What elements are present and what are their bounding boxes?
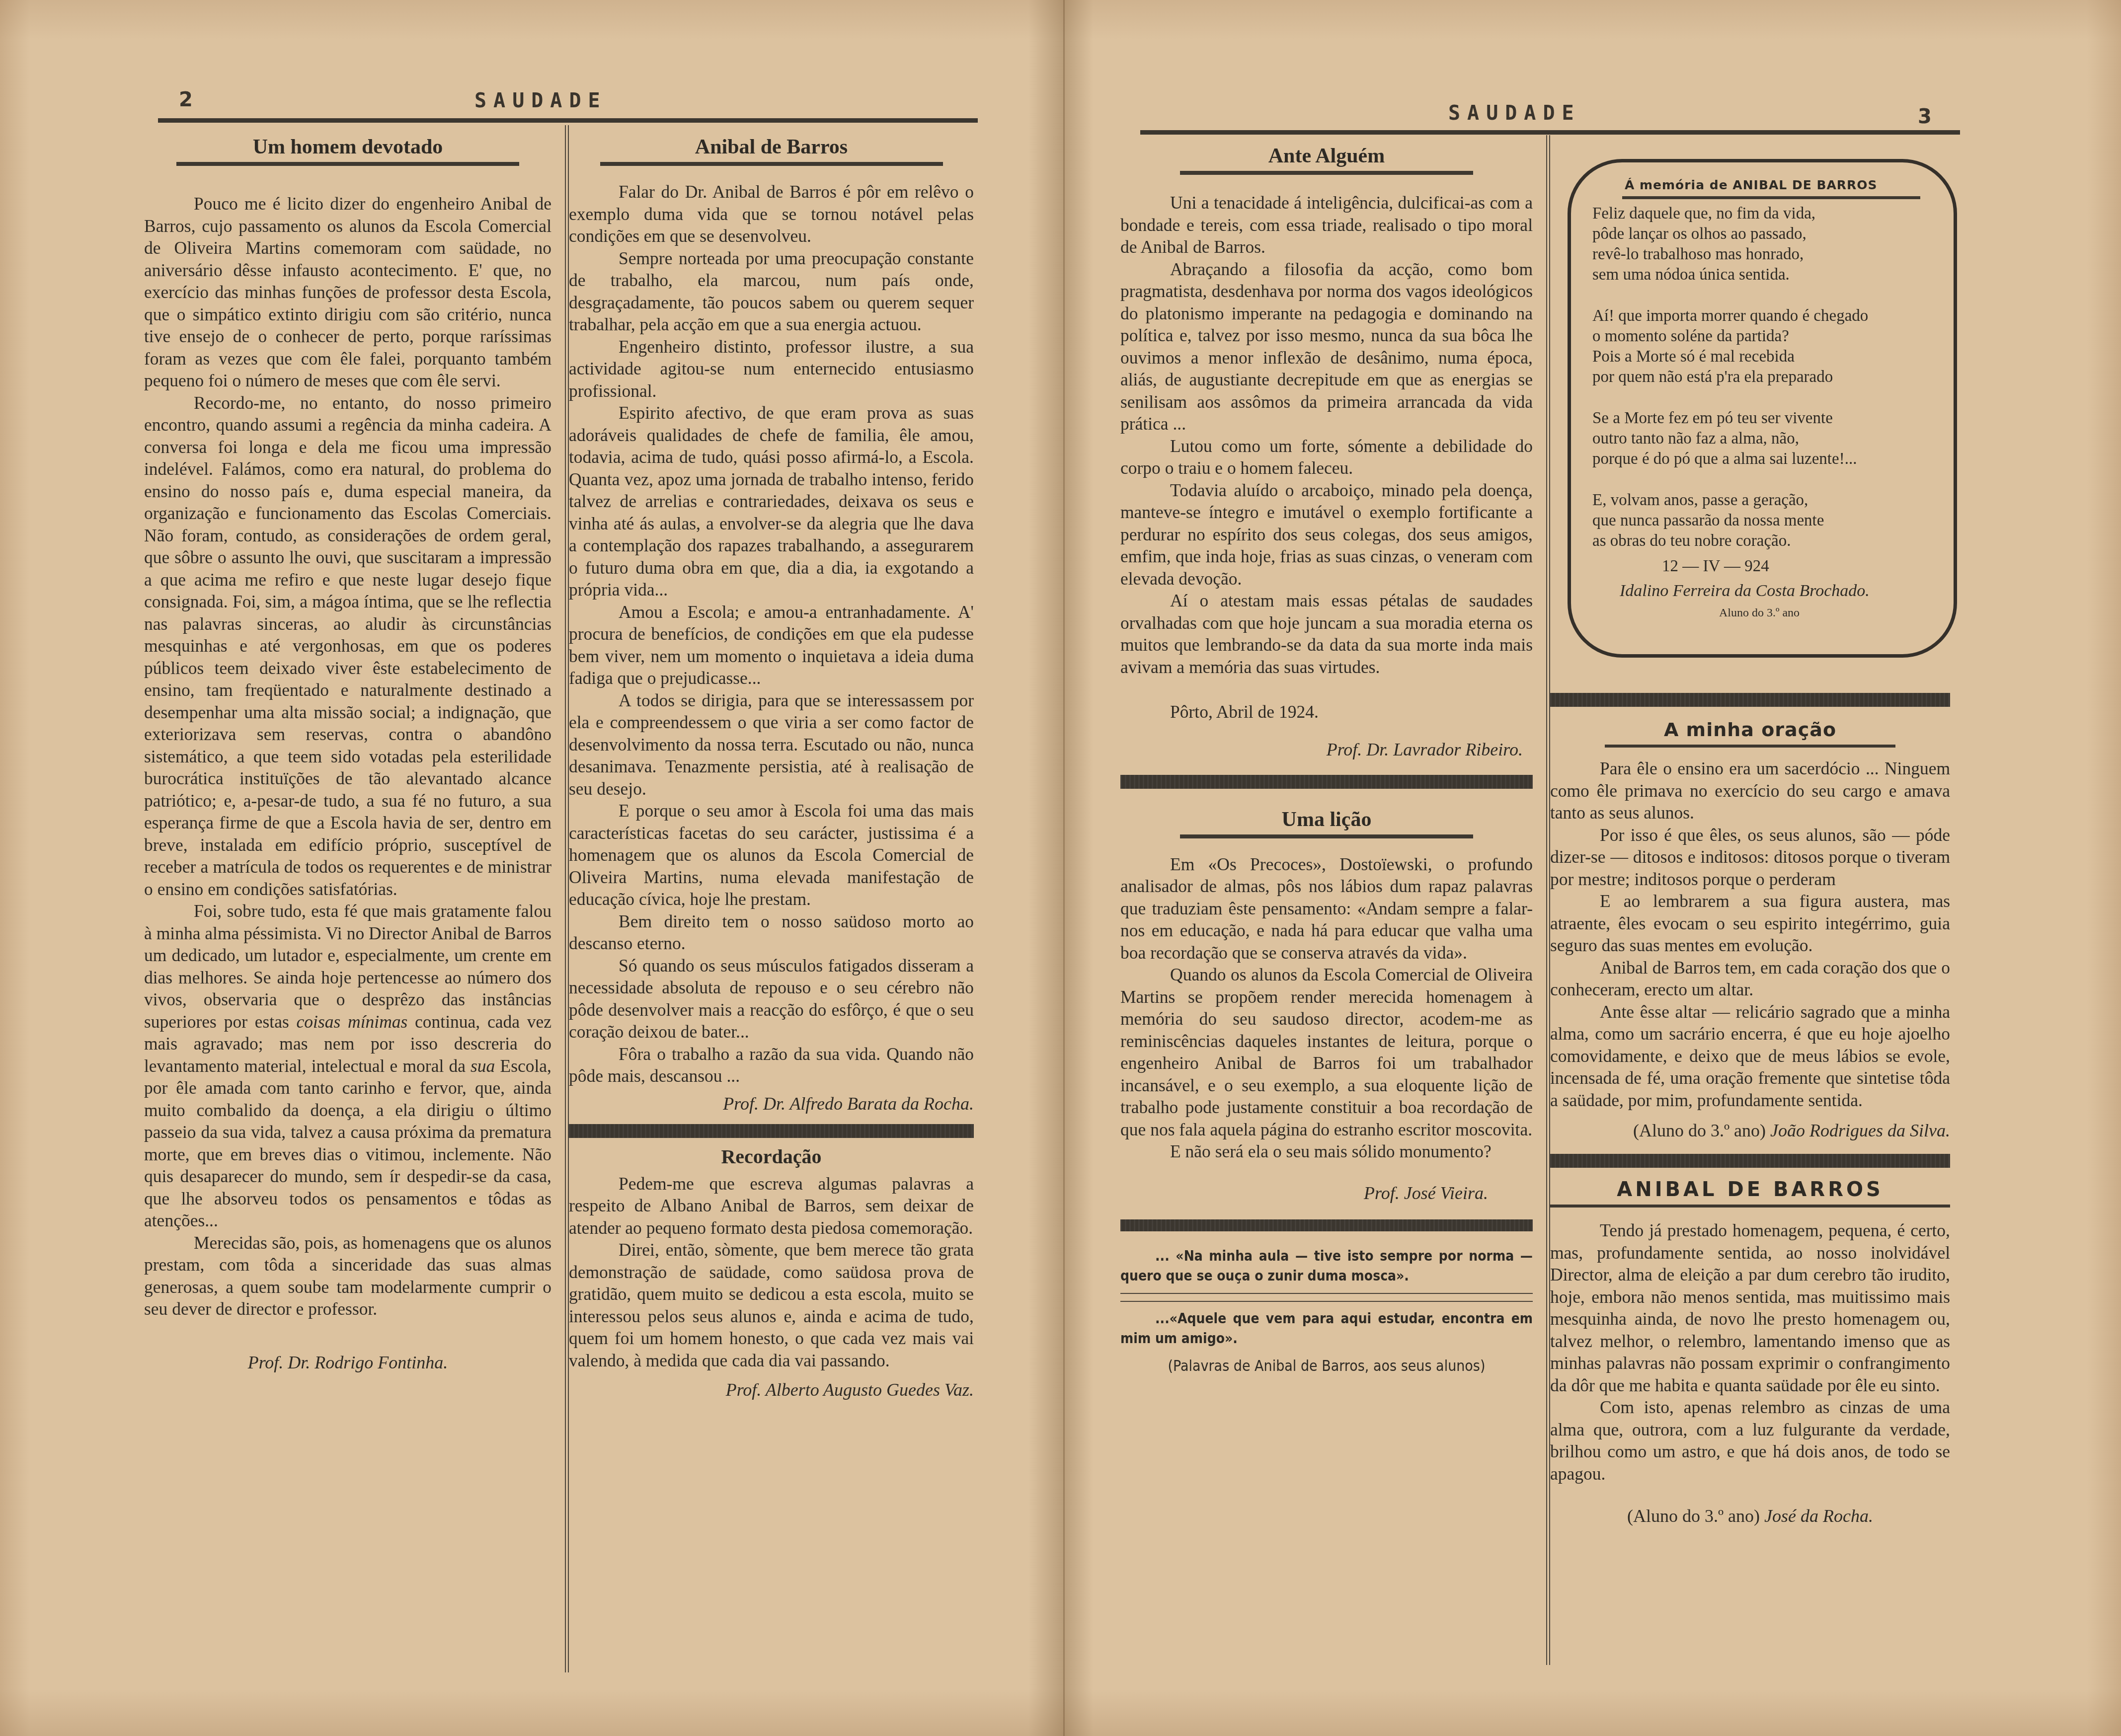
italic-text: sua	[471, 1056, 495, 1076]
signature-prefix: (Aluno do 3.º ano)	[1627, 1506, 1760, 1526]
paragraph: Tendo já prestado homenagem, pequena, é …	[1550, 1219, 1950, 1396]
paragraph: Abraçando a filosofia da acção, como bom…	[1120, 258, 1533, 435]
poem-line: outro tanto não faz a alma, não,	[1592, 429, 1940, 449]
paragraph: Ante êsse altar — relicário sagrado que …	[1550, 1001, 1950, 1112]
poem-author: Idalino Ferreira da Costa Brochado.	[1592, 581, 1940, 601]
paragraph: Fôra o trabalho a razão da sua vida. Qua…	[569, 1043, 974, 1087]
paragraph: Anibal de Barros tem, em cada coração do…	[1550, 957, 1950, 1001]
section-divider-bar	[1550, 693, 1950, 707]
paragraph-text: Escola, por êle amada com tanto carinho …	[144, 1056, 551, 1231]
paragraph: Aí o atestam mais essas pétalas de sauda…	[1120, 590, 1533, 678]
signature: Prof. Dr. Rodrigo Fontinha.	[144, 1351, 551, 1374]
signature-prefix: (Aluno do 3.º ano)	[1633, 1121, 1766, 1140]
title-underline	[176, 162, 519, 166]
poem-line: as obras do teu nobre coração.	[1592, 531, 1940, 551]
signature-name: José da Rocha.	[1764, 1506, 1873, 1526]
poem-line: por quem não está p'ra ela preparado	[1592, 367, 1940, 387]
poem-line: E, volvam anos, passe a geração,	[1592, 490, 1940, 511]
signature: Prof. Alberto Augusto Guedes Vaz.	[569, 1378, 974, 1401]
poem-line: Feliz daquele que, no fim da vida,	[1592, 204, 1940, 224]
poem-line: Pois a Morte só é mal recebida	[1592, 347, 1940, 367]
paragraph: Com isto, apenas relembro as cinzas de u…	[1550, 1396, 1950, 1485]
paragraph: Falar do Dr. Anibal de Barros é pôr em r…	[569, 181, 974, 247]
poem-line: porque é do pó que a alma sai luzente!..…	[1592, 449, 1940, 469]
section-divider-bar	[1120, 775, 1533, 789]
paragraph: Bem direito tem o nosso saüdoso morto ao…	[569, 910, 974, 955]
poem-title: Á memória de ANIBAL DE BARROS	[1625, 178, 1878, 192]
title-underline	[1180, 834, 1473, 838]
place-date: Pôrto, Abril de 1924.	[1120, 701, 1533, 723]
paragraph: Espirito afectivo, de que eram prova as …	[569, 402, 974, 601]
section-divider-bar	[569, 1124, 974, 1138]
article-title-recordacao: Recordação	[569, 1145, 974, 1169]
poem-line: Aí! que importa morrer quando é chegado	[1592, 306, 1940, 326]
running-head-left: SAUDADE	[474, 89, 607, 112]
paragraph: Amou a Escola; e amou-a entranhadamente.…	[569, 601, 974, 689]
paragraph: Em «Os Precoces», Dostoïewski, o profund…	[1120, 853, 1533, 964]
article-title-anibal-de-barros: ANIBAL DE BARROS	[1550, 1178, 1950, 1202]
running-head-right: SAUDADE	[1448, 102, 1581, 125]
poem-line: o momento soléne da partida?	[1592, 326, 1940, 347]
article-title: Anibal de Barros	[569, 135, 974, 159]
title-underline	[600, 162, 943, 166]
poem-line: Se a Morte fez em pó teu ser vivente	[1592, 408, 1940, 429]
center-fold	[1063, 0, 1065, 1736]
column-divider-right	[1546, 135, 1550, 1665]
paragraph: Pedem-me que escreva algumas palavras a …	[569, 1173, 974, 1239]
page-number-left: 2	[179, 88, 193, 111]
paragraph: Por isso é que êles, os seus alunos, são…	[1550, 824, 1950, 891]
signature: Prof. Dr. Lavrador Ribeiro.	[1120, 738, 1533, 761]
paragraph: Merecidas são, pois, as homenagens que o…	[144, 1232, 551, 1320]
article-um-homem-devotado: Um homem devotado Pouco me é licito dize…	[144, 135, 551, 1374]
paragraph: Recordo-me, no entanto, do nosso primeir…	[144, 392, 551, 901]
header-rule-right	[1140, 130, 1960, 135]
poem-line: sem uma nódoa única sentida.	[1592, 265, 1940, 285]
article-title-uma-licao: Uma lição	[1120, 808, 1533, 831]
section-divider-bar	[1120, 1219, 1533, 1231]
paragraph: Foi, sobre tudo, esta fé que mais gratam…	[144, 900, 551, 1232]
article-title: Um homem devotado	[144, 135, 551, 159]
signature-name: João Rodrigues da Silva.	[1770, 1121, 1950, 1140]
paragraph: Uni a tenacidade á inteligência, dulcifi…	[1120, 192, 1533, 258]
poem-title-underline	[1622, 196, 1920, 199]
paragraph: Quando os alunos da Escola Comercial de …	[1120, 964, 1533, 1140]
article-title: Ante Alguém	[1120, 144, 1533, 168]
poem-line: pôde lançar os olhos ao passado,	[1592, 224, 1940, 244]
article-a-minha-oracao: A minha oração Para êle o ensino era um …	[1550, 693, 1950, 1527]
section-divider-bar	[1550, 1154, 1950, 1168]
signature: Prof. José Vieira.	[1120, 1182, 1533, 1205]
quote-attribution: (Palavras de Anibal de Barros, aos seus …	[1120, 1357, 1533, 1376]
article-ante-alguem: Ante Alguém Uni a tenacidade á inteligên…	[1120, 144, 1533, 1376]
article-title: A minha oração	[1550, 718, 1950, 742]
signature: (Aluno do 3.º ano) José da Rocha.	[1550, 1505, 1950, 1527]
hairline-rule	[1120, 1293, 1533, 1294]
signature: (Aluno do 3.º ano) João Rodrigues da Sil…	[1550, 1119, 1950, 1142]
memorial-poem: Feliz daquele que, no fim da vida, pôde …	[1592, 204, 1940, 623]
paragraph: Direi, então, sòmente, que bem merece tã…	[569, 1239, 974, 1371]
poem-date: 12 — IV — 924	[1592, 556, 1940, 577]
italic-text: coisas mínimas	[297, 1012, 408, 1032]
hairline-rule	[1120, 1301, 1533, 1302]
article-anibal-de-barros: Anibal de Barros Falar do Dr. Anibal de …	[569, 135, 974, 1401]
page-number-right: 3	[1918, 105, 1932, 128]
paragraph: A todos se dirigia, para que se interess…	[569, 689, 974, 800]
poem-line: revê-lo trabalhoso mas honrado,	[1592, 244, 1940, 265]
paragraph: Para êle o ensino era um sacerdócio ... …	[1550, 757, 1950, 824]
paragraph: Pouco me é licito dizer do engenheiro An…	[144, 193, 551, 392]
paragraph: Engenheiro distinto, professor ilustre, …	[569, 336, 974, 402]
paragraph: E ao lembrarem a sua figura austera, mas…	[1550, 890, 1950, 957]
header-rule-left	[158, 118, 978, 123]
quote-2: ...«Aquele que vem para aqui estudar, en…	[1120, 1309, 1533, 1349]
paragraph: E não será ela o seu mais sólido monumen…	[1120, 1140, 1533, 1163]
column-divider-left	[565, 125, 569, 1672]
paragraph: E porque o seu amor à Escola foi uma das…	[569, 800, 974, 910]
poem-line: que nunca passarão da nossa mente	[1592, 511, 1940, 531]
paragraph: Lutou como um forte, sómente a debilidad…	[1120, 435, 1533, 479]
paragraph: Só quando os seus músculos fatigados dis…	[569, 955, 974, 1043]
poem-author-note: Aluno do 3.º ano	[1592, 603, 1940, 623]
title-underline	[1180, 171, 1473, 175]
paragraph: Todavia aluído o arcaboiço, minado pela …	[1120, 479, 1533, 590]
quote-1: ... «Na minha aula — tive isto sempre po…	[1120, 1246, 1533, 1286]
signature: Prof. Dr. Alfredo Barata da Rocha.	[569, 1092, 974, 1115]
paragraph: Sempre norteada por uma preocupação cons…	[569, 247, 974, 336]
